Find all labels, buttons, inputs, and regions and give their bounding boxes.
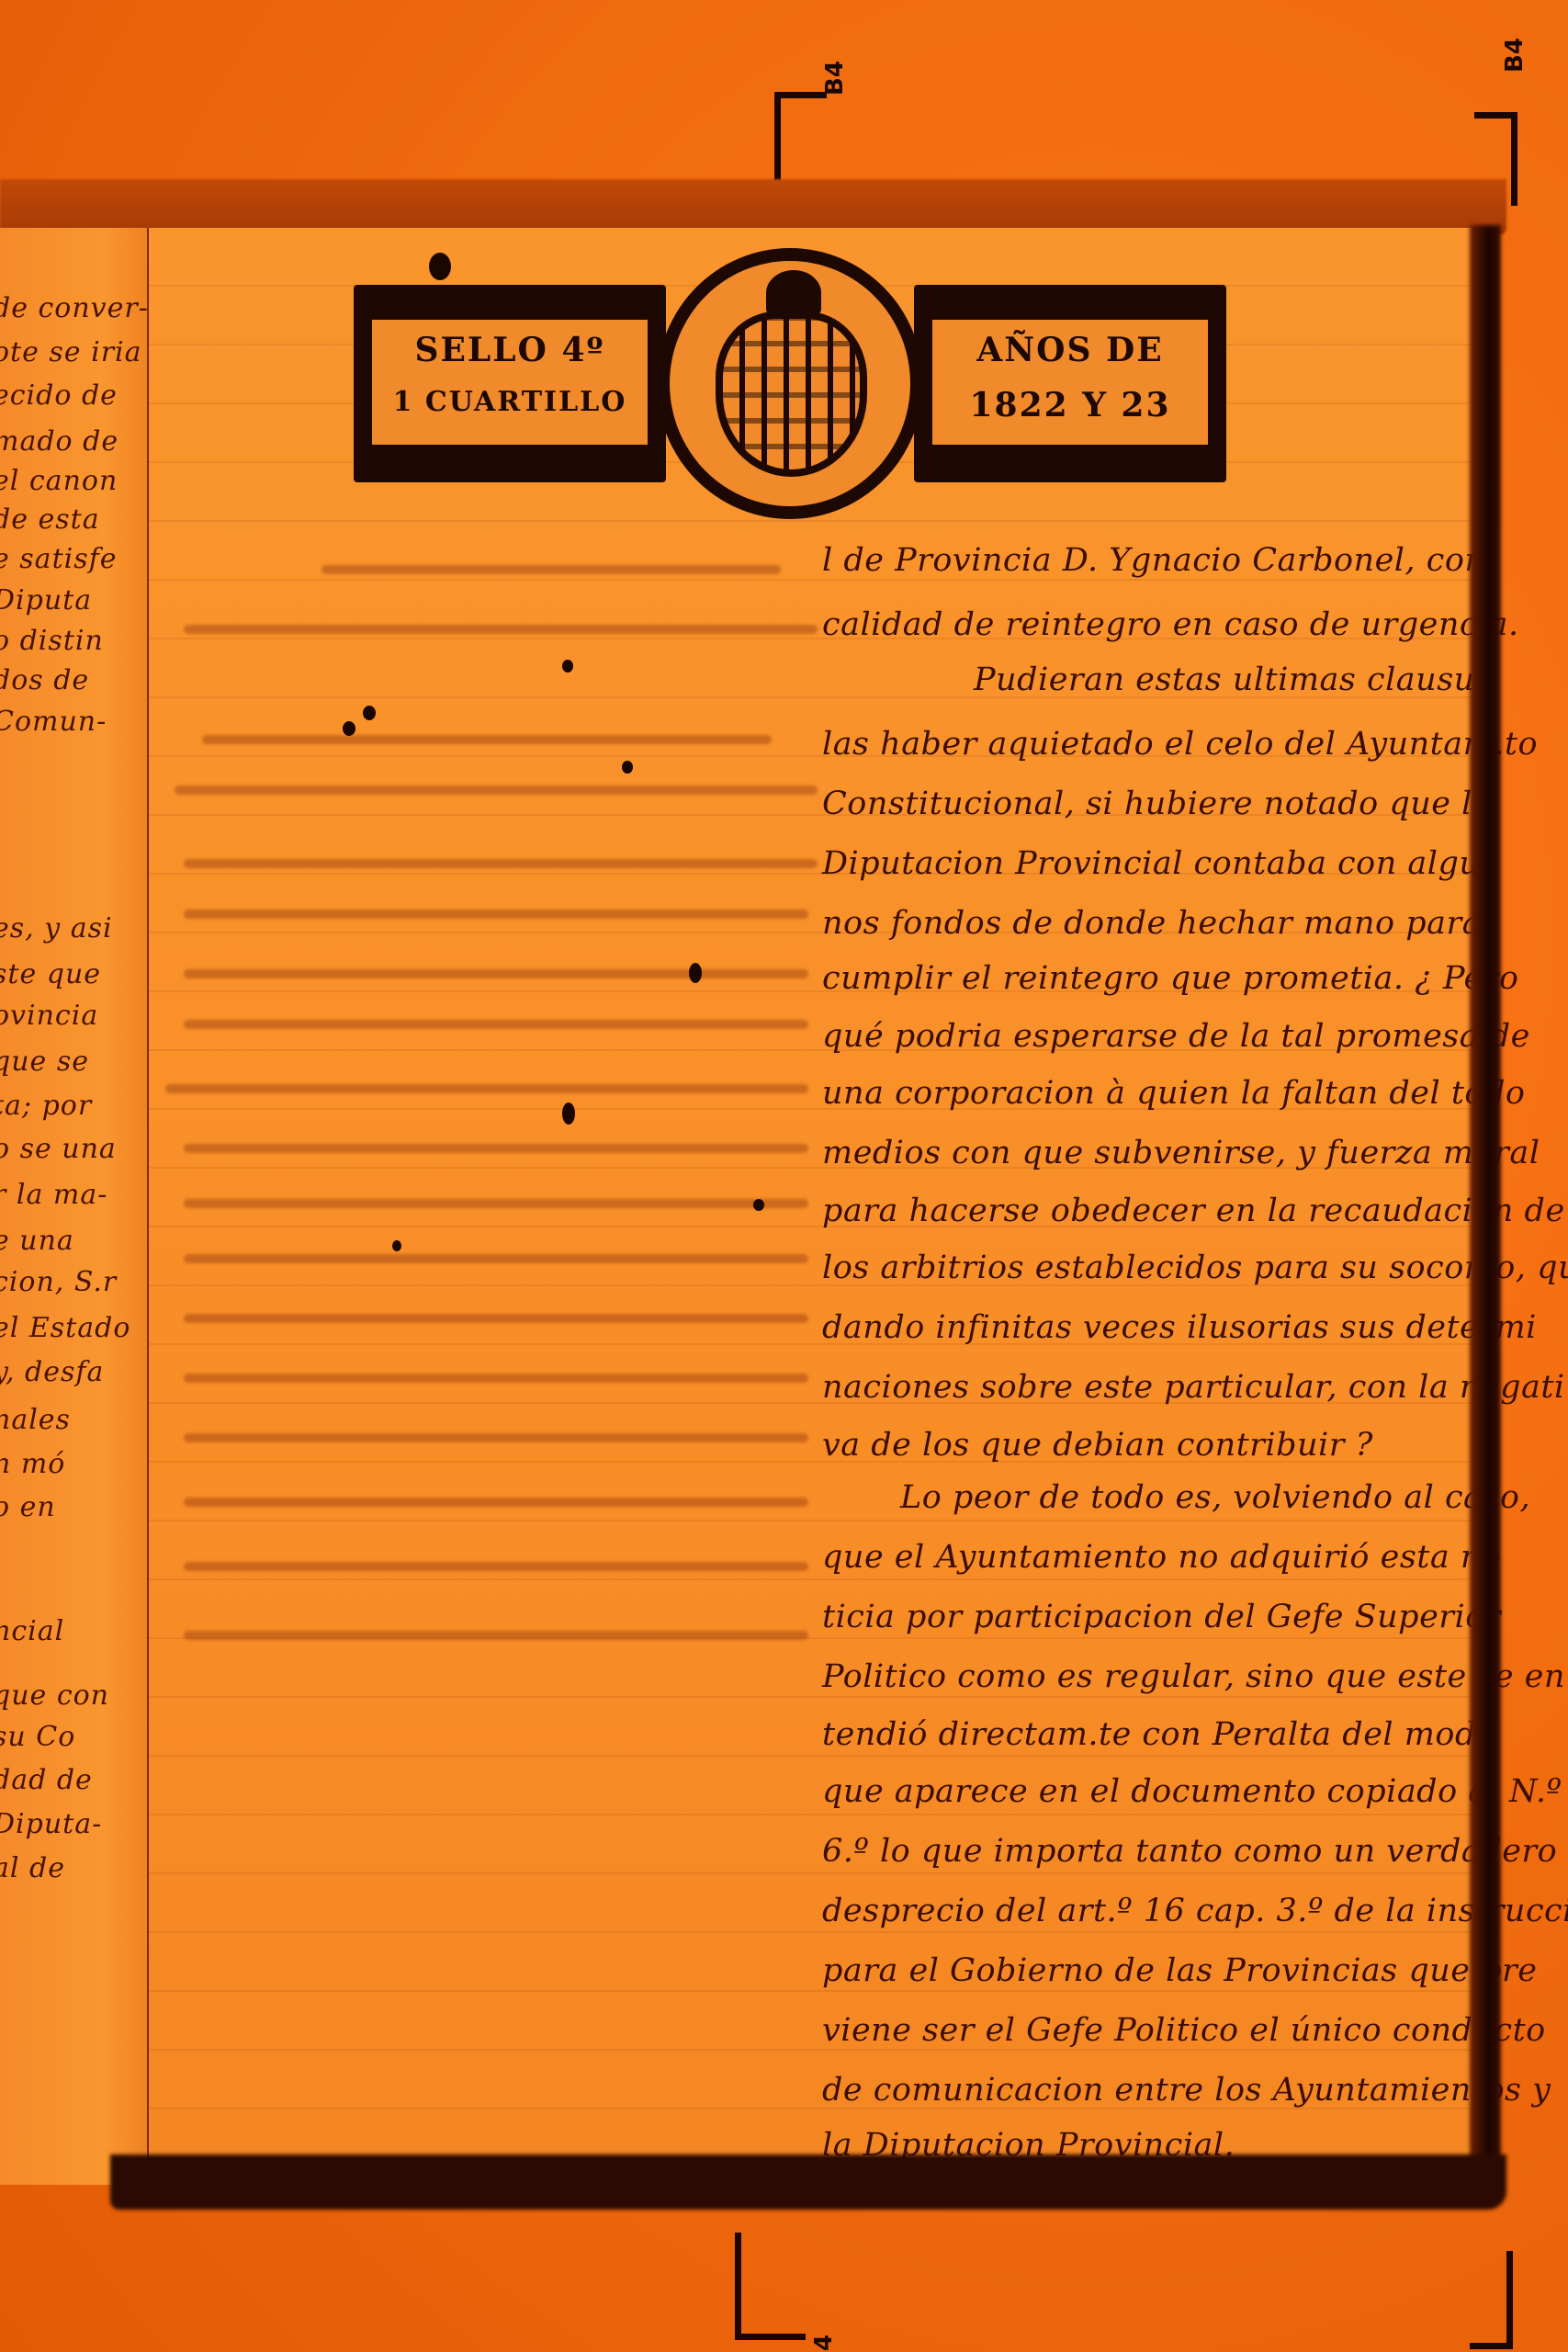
- ink-spot: [753, 1199, 764, 1211]
- left-facing-page: de conver- ote se iria ecido de mado de …: [0, 228, 149, 2185]
- left-text-line: cion, S.r: [0, 1266, 117, 1298]
- manuscript-line: medios con que subvenirse, y fuerza mora…: [822, 1135, 1540, 1171]
- left-text-line: el Estado: [0, 1312, 130, 1344]
- left-text-line: de conver-: [0, 292, 149, 324]
- manuscript-line: que aparece en el documento copiado al N…: [822, 1773, 1562, 1810]
- left-text-line: su Co: [0, 1721, 75, 1753]
- bleed-through-text: [202, 735, 772, 744]
- manuscript-line: una corporacion à quien la faltan del to…: [822, 1075, 1525, 1112]
- left-text-line: de esta: [0, 503, 100, 536]
- bleed-through-text: [184, 1631, 808, 1640]
- bleed-through-text: [184, 1254, 808, 1263]
- manuscript-line: desprecio del art.º 16 cap. 3.º de la in…: [822, 1893, 1568, 1929]
- bleed-through-text: [184, 1562, 808, 1571]
- left-text-line: Diputa: [0, 584, 92, 616]
- left-text-line: n mó: [0, 1448, 65, 1480]
- royal-seal-icon: [657, 248, 923, 519]
- page-right-shadow: [1470, 225, 1501, 2191]
- manuscript-line: Constitucional, si hubiere notado que la: [822, 786, 1492, 822]
- bleed-through-text: [184, 1433, 808, 1442]
- left-text-line: al de: [0, 1852, 65, 1884]
- bleed-through-text: [184, 1144, 808, 1153]
- manuscript-line: Lo peor de todo es, volviendo al caso,: [900, 1479, 1530, 1516]
- stamp-sello-cuarto: SELLO 4º 1 CUARTILLO AÑOS DE 1822 Y 23: [354, 285, 1226, 487]
- crop-mark-bottom-right: [1470, 2251, 1513, 2349]
- bleed-through-text: [184, 625, 818, 634]
- manuscript-line: los arbitrios establecidos para su socor…: [822, 1249, 1568, 1286]
- manuscript-line: tendió directam.te con Peralta del modo: [822, 1716, 1495, 1753]
- torn-top-edge: [0, 179, 1506, 234]
- bleed-through-text: [184, 1020, 808, 1029]
- crown-icon: [766, 270, 821, 316]
- manuscript-line: viene ser el Gefe Politico el único cond…: [822, 2012, 1546, 2049]
- stamp-anos-label: AÑOS DE: [932, 331, 1208, 369]
- crop-label-top-right: B4: [1501, 38, 1529, 73]
- manuscript-line: nos fondos de donde hechar mano para: [822, 905, 1482, 942]
- left-text-line: y, desfa: [0, 1356, 104, 1388]
- crop-mark-bottom-left: [735, 2233, 806, 2340]
- manuscript-line: para hacerse obedecer en la recaudacion …: [822, 1193, 1565, 1229]
- coat-of-arms-icon: [716, 311, 867, 477]
- ink-spot: [363, 706, 376, 720]
- ink-spot: [562, 660, 573, 673]
- stamp-right-inner: AÑOS DE 1822 Y 23: [932, 320, 1208, 445]
- left-text-line: ste que: [0, 958, 101, 990]
- manuscript-line: Diputacion Provincial contaba con algu: [822, 845, 1480, 882]
- manuscript-line: qué podria esperarse de la tal promesa d…: [822, 1018, 1530, 1055]
- crop-label-top-left: B4: [821, 61, 849, 96]
- bleed-through-text: [184, 910, 808, 919]
- ink-spot: [429, 253, 451, 280]
- left-text-line: o se una: [0, 1133, 117, 1165]
- ink-spot: [562, 1102, 575, 1125]
- bleed-through-text: [184, 1498, 808, 1507]
- bleed-through-text: [184, 1314, 808, 1323]
- ink-spot: [622, 761, 633, 774]
- left-text-line: mado de: [0, 425, 118, 458]
- manuscript-line: cumplir el reintegro que prometia. ¿ Per…: [822, 960, 1518, 997]
- left-text-line: que se: [0, 1046, 89, 1078]
- stamp-sello-label: SELLO 4º: [372, 331, 648, 369]
- manuscript-line: que el Ayuntamiento no adquirió esta no: [822, 1539, 1501, 1576]
- crop-mark-top-left: [774, 92, 827, 190]
- left-text-line: ta; por: [0, 1090, 92, 1122]
- ink-spot: [392, 1240, 401, 1251]
- manuscript-line: ticia por participacion del Gefe Superio…: [822, 1599, 1501, 1635]
- left-text-line: ovincia: [0, 1000, 98, 1032]
- ink-spot: [689, 963, 702, 983]
- stamp-left-panel: SELLO 4º 1 CUARTILLO: [354, 285, 666, 482]
- manuscript-line: naciones sobre este particular, con la n…: [822, 1369, 1565, 1406]
- left-text-line: Comun-: [0, 706, 107, 738]
- stamp-left-inner: SELLO 4º 1 CUARTILLO: [372, 320, 648, 445]
- stamp-cuartillo-label: 1 CUARTILLO: [372, 386, 648, 418]
- left-text-line: e una: [0, 1225, 74, 1257]
- manuscript-line: dando infinitas veces ilusorias sus dete…: [822, 1309, 1537, 1346]
- left-text-line: que con: [0, 1679, 109, 1712]
- manuscript-line: Pudieran estas ultimas clausu: [974, 661, 1475, 698]
- manuscript-line: calidad de reintegro en caso de urgencia…: [822, 606, 1519, 643]
- bleed-through-text: [321, 565, 781, 574]
- bleed-through-text: [184, 859, 818, 868]
- left-text-line: dad de: [0, 1764, 93, 1796]
- bleed-through-text: [184, 969, 808, 978]
- left-text-line: nales: [0, 1404, 71, 1436]
- page-fold-line: [147, 228, 149, 2185]
- left-text-line: r la ma-: [0, 1179, 107, 1211]
- bleed-through-text: [184, 1374, 808, 1383]
- left-text-line: o en: [0, 1491, 56, 1523]
- manuscript-line: de comunicacion entre los Ayuntamientos …: [822, 2072, 1551, 2109]
- left-text-line: el canon: [0, 465, 118, 497]
- left-text-line: e satisfe: [0, 543, 117, 575]
- manuscript-line: las haber aquietado el celo del Ayuntam.…: [822, 726, 1538, 763]
- left-text-line: es, y asi: [0, 912, 113, 944]
- stamp-right-panel: AÑOS DE 1822 Y 23: [914, 285, 1226, 482]
- left-text-line: ote se iria: [0, 336, 142, 368]
- crop-label-bottom-left: 4: [810, 2335, 838, 2351]
- ink-spot: [343, 721, 355, 736]
- stamp-years-label: 1822 Y 23: [932, 386, 1208, 424]
- left-text-line: o distin: [0, 625, 104, 657]
- manuscript-line: 6.º lo que importa tanto como un verdade…: [822, 1833, 1557, 1870]
- manuscript-line: para el Gobierno de las Provincias que p…: [822, 1952, 1537, 1989]
- page-bottom-shadow: [110, 2154, 1506, 2210]
- left-text-line: ncial: [0, 1615, 64, 1647]
- left-text-line: Diputa-: [0, 1808, 102, 1840]
- document-scan: B4 B4 4 de conver- ote se iria ecido de …: [0, 0, 1568, 2352]
- manuscript-line: va de los que debian contribuir ?: [822, 1427, 1373, 1464]
- left-text-line: dos de: [0, 664, 89, 696]
- manuscript-line: l de Provincia D. Ygnacio Carbonel, con: [822, 542, 1485, 579]
- bleed-through-text: [184, 1199, 808, 1208]
- left-text-line: ecido de: [0, 379, 118, 412]
- manuscript-line: Politico como es regular, sino que este …: [822, 1658, 1565, 1695]
- bleed-through-text: [175, 786, 818, 795]
- bleed-through-text: [165, 1084, 808, 1093]
